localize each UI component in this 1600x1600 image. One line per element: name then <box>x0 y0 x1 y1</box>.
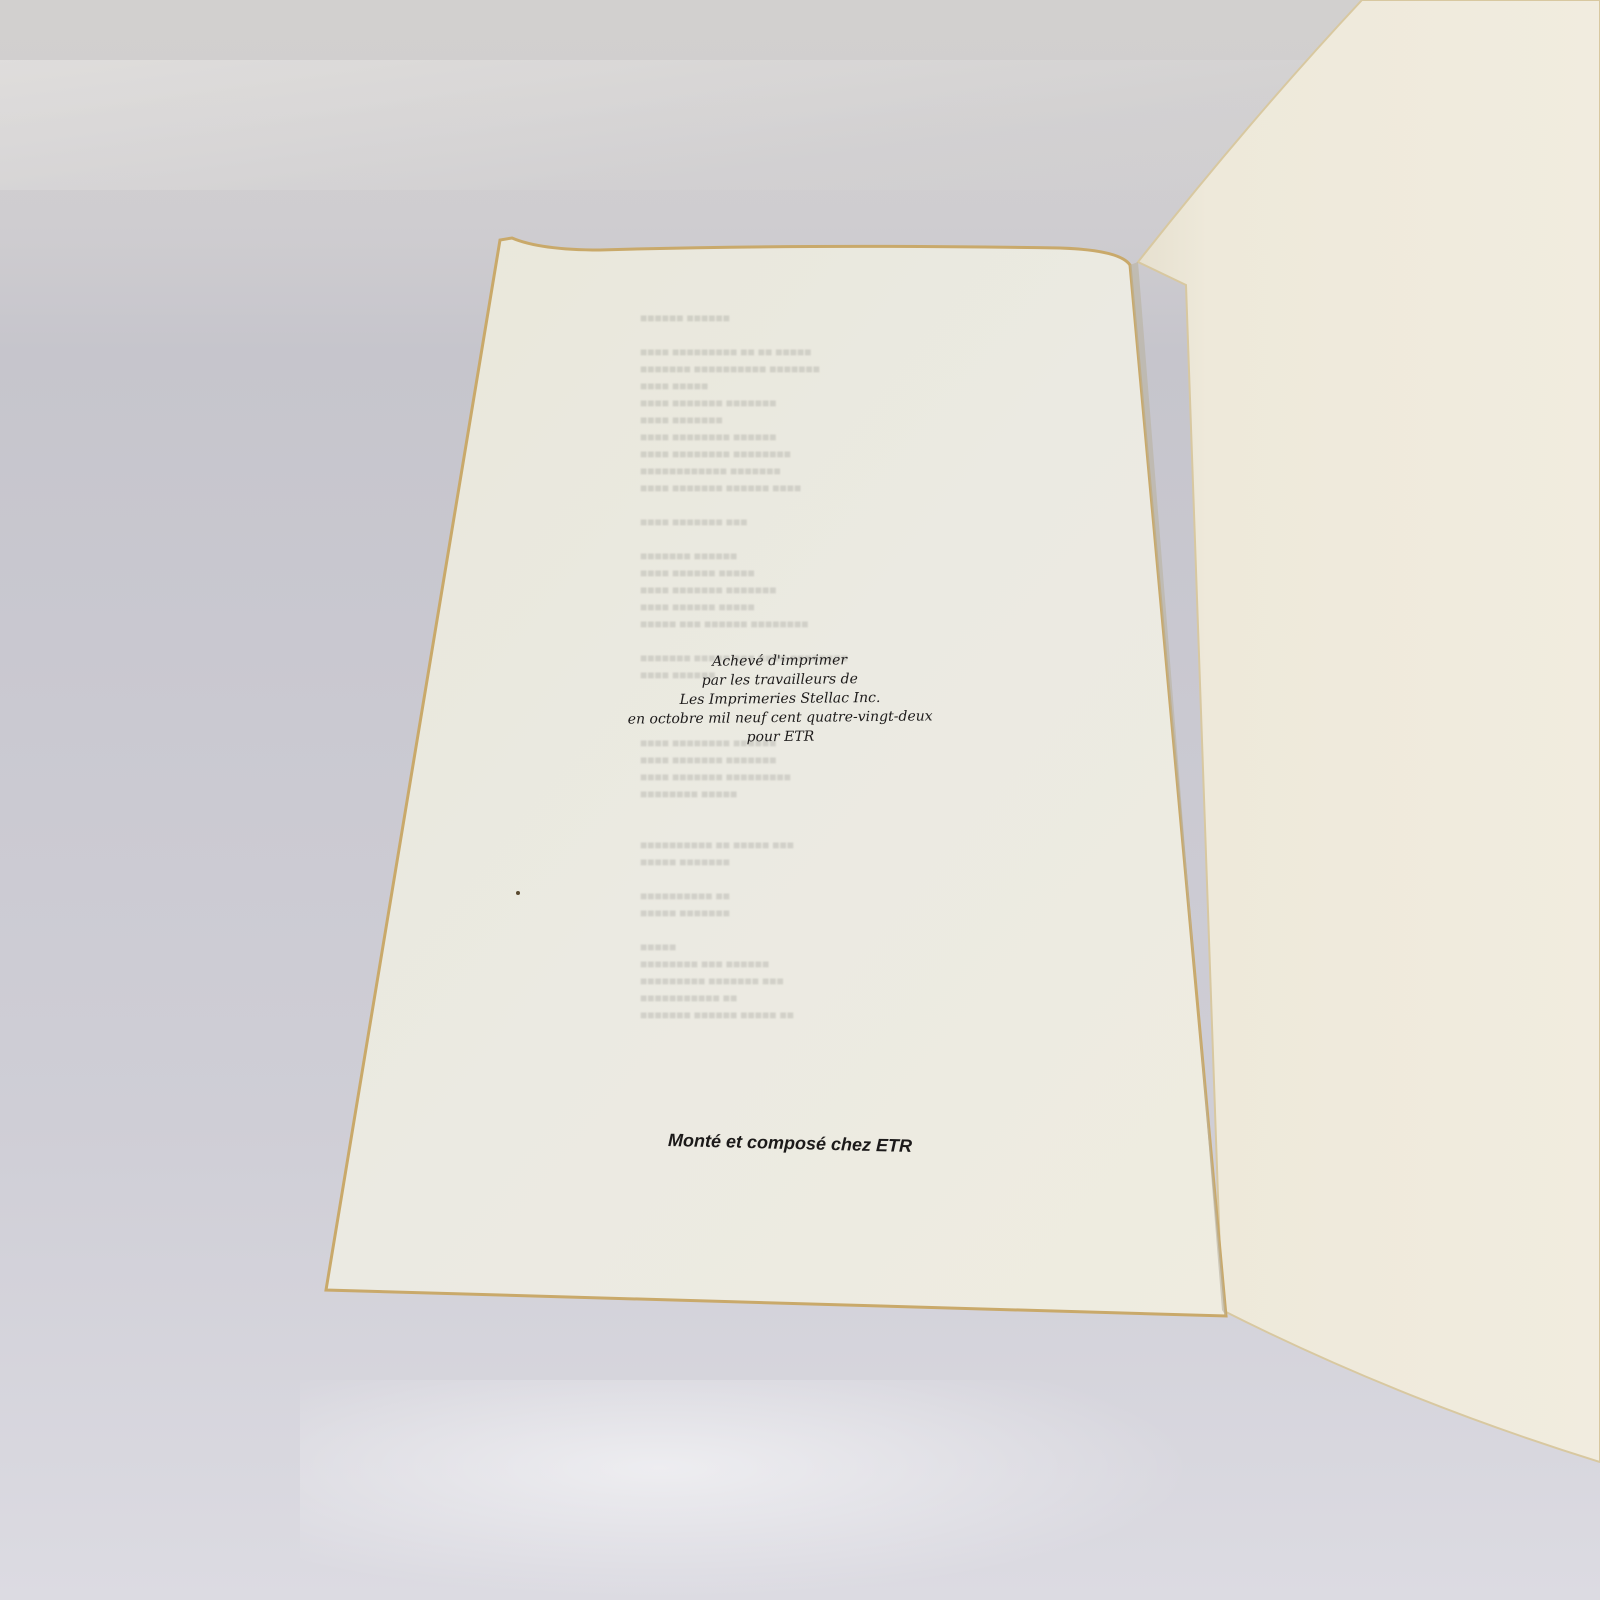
book-illustration <box>0 0 1600 1600</box>
left-page <box>326 238 1226 1316</box>
page-speck <box>516 891 520 895</box>
colophon-block: Achevé d'imprimer par les travailleurs d… <box>560 650 1001 750</box>
